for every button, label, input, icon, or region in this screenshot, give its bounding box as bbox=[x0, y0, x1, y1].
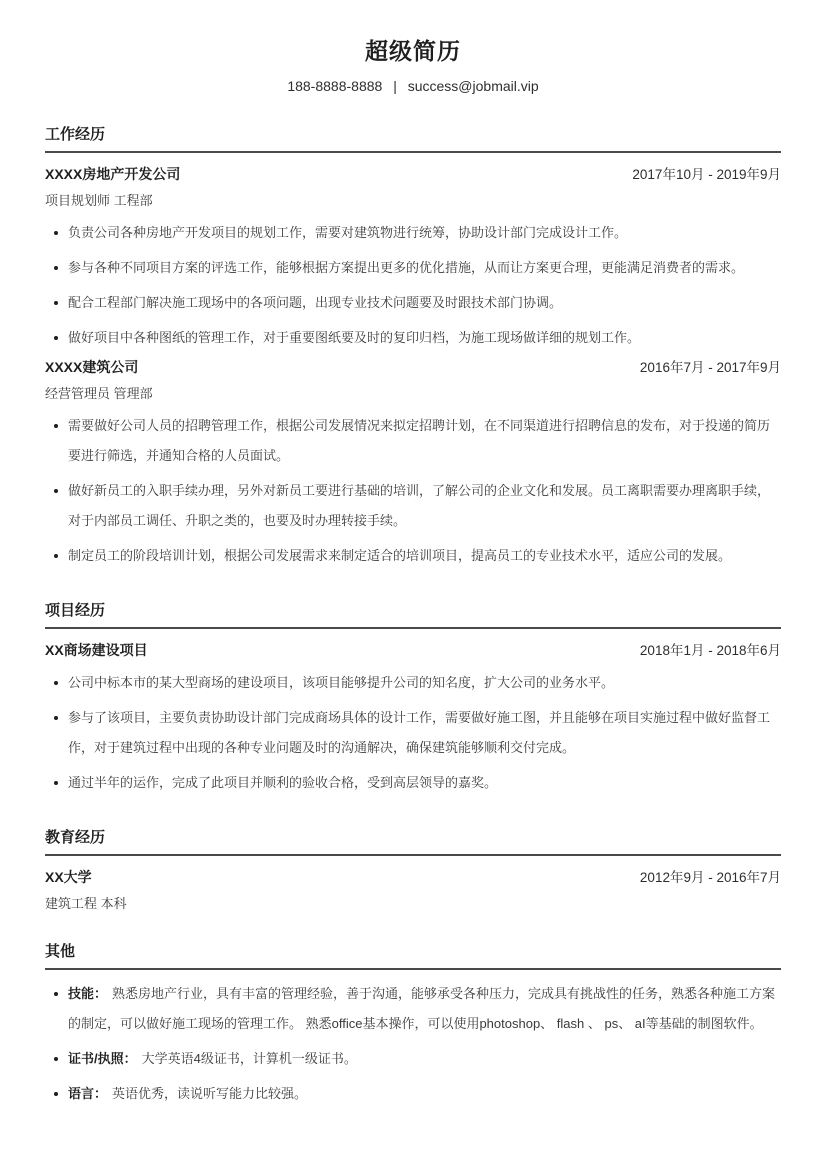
bullet-item: 配合工程部门解决施工现场中的各项问题，出现专业技术问题要及时跟技术部门协调。 bbox=[45, 288, 781, 318]
contact-line: 188-8888-8888 | success@jobmail.vip bbox=[45, 78, 781, 95]
school-name: XX大学 bbox=[45, 869, 92, 886]
section-project-experience: 项目经历 XX商场建设项目 2018年1月 - 2018年6月 公司中标本市的某… bbox=[45, 601, 781, 798]
other-item-certificates: 证书/执照：大学英语4级证书，计算机一级证书。 bbox=[45, 1044, 781, 1074]
other-list: 技能：熟悉房地产行业，具有丰富的管理经验，善于沟通，能够承受各种压力，完成具有挑… bbox=[45, 979, 781, 1109]
entry-date: 2018年1月 - 2018年6月 bbox=[640, 642, 781, 659]
other-item-skills: 技能：熟悉房地产行业，具有丰富的管理经验，善于沟通，能够承受各种压力，完成具有挑… bbox=[45, 979, 781, 1039]
bullet-item: 参与了该项目，主要负责协助设计部门完成商场具体的设计工作，需要做好施工图，并且能… bbox=[45, 703, 781, 763]
other-item-label: 语言： bbox=[68, 1086, 107, 1101]
entry-date: 2012年9月 - 2016年7月 bbox=[640, 869, 781, 886]
company-name: XXXX建筑公司 bbox=[45, 359, 138, 376]
entry-header: XXXX房地产开发公司 2017年10月 - 2019年9月 bbox=[45, 166, 781, 183]
resume-header: 超级简历 188-8888-8888 | success@jobmail.vip bbox=[45, 38, 781, 95]
company-name: XXXX房地产开发公司 bbox=[45, 166, 180, 183]
bullet-item: 参与各种不同项目方案的评选工作，能够根据方案提出更多的优化措施，从而让方案更合理… bbox=[45, 253, 781, 283]
section-heading-education: 教育经历 bbox=[45, 828, 781, 856]
bullet-item: 做好新员工的入职手续办理，另外对新员工要进行基础的培训，了解公司的企业文化和发展… bbox=[45, 476, 781, 536]
project-name: XX商场建设项目 bbox=[45, 642, 148, 659]
entry-header: XXXX建筑公司 2016年7月 - 2017年9月 bbox=[45, 359, 781, 376]
entry-subtitle: 项目规划师 工程部 bbox=[45, 193, 781, 209]
resume-title: 超级简历 bbox=[45, 38, 781, 65]
entry-header: XX商场建设项目 2018年1月 - 2018年6月 bbox=[45, 642, 781, 659]
work-entry: XXXX建筑公司 2016年7月 - 2017年9月 经营管理员 管理部 需要做… bbox=[45, 359, 781, 571]
bullet-item: 公司中标本市的某大型商场的建设项目，该项目能够提升公司的知名度，扩大公司的业务水… bbox=[45, 668, 781, 698]
other-item-text: 英语优秀，读说听写能力比较强。 bbox=[112, 1086, 307, 1101]
bullet-item: 做好项目中各种图纸的管理工作，对于重要图纸要及时的复印归档，为施工现场做详细的规… bbox=[45, 323, 781, 353]
section-heading-project: 项目经历 bbox=[45, 601, 781, 629]
other-item-languages: 语言：英语优秀，读说听写能力比较强。 bbox=[45, 1079, 781, 1109]
section-other: 其他 技能：熟悉房地产行业，具有丰富的管理经验，善于沟通，能够承受各种压力，完成… bbox=[45, 942, 781, 1109]
work-entry: XXXX房地产开发公司 2017年10月 - 2019年9月 项目规划师 工程部… bbox=[45, 166, 781, 353]
section-work-experience: 工作经历 XXXX房地产开发公司 2017年10月 - 2019年9月 项目规划… bbox=[45, 125, 781, 571]
bullet-list: 负责公司各种房地产开发项目的规划工作，需要对建筑物进行统筹，协助设计部门完成设计… bbox=[45, 218, 781, 353]
bullet-list: 公司中标本市的某大型商场的建设项目，该项目能够提升公司的知名度，扩大公司的业务水… bbox=[45, 668, 781, 798]
bullet-item: 通过半年的运作，完成了此项目并顺利的验收合格，受到高层领导的嘉奖。 bbox=[45, 768, 781, 798]
bullet-item: 负责公司各种房地产开发项目的规划工作，需要对建筑物进行统筹，协助设计部门完成设计… bbox=[45, 218, 781, 248]
other-item-text: 熟悉房地产行业，具有丰富的管理经验，善于沟通，能够承受各种压力，完成具有挑战性的… bbox=[68, 986, 775, 1031]
section-heading-other: 其他 bbox=[45, 942, 781, 970]
entry-subtitle: 经营管理员 管理部 bbox=[45, 386, 781, 402]
entry-header: XX大学 2012年9月 - 2016年7月 bbox=[45, 869, 781, 886]
contact-separator: | bbox=[393, 78, 397, 94]
bullet-list: 需要做好公司人员的招聘管理工作，根据公司发展情况来拟定招聘计划，在不同渠道进行招… bbox=[45, 411, 781, 571]
degree-subtitle: 建筑工程 本科 bbox=[45, 896, 781, 912]
phone-number: 188-8888-8888 bbox=[287, 78, 382, 94]
section-heading-work: 工作经历 bbox=[45, 125, 781, 153]
email-address: success@jobmail.vip bbox=[408, 78, 539, 94]
entry-date: 2016年7月 - 2017年9月 bbox=[640, 359, 781, 376]
bullet-item: 制定员工的阶段培训计划，根据公司发展需求来制定适合的培训项目，提高员工的专业技术… bbox=[45, 541, 781, 571]
other-item-label: 证书/执照： bbox=[68, 1051, 137, 1066]
entry-date: 2017年10月 - 2019年9月 bbox=[632, 166, 781, 183]
resume-page: 超级简历 188-8888-8888 | success@jobmail.vip… bbox=[0, 0, 826, 1169]
project-entry: XX商场建设项目 2018年1月 - 2018年6月 公司中标本市的某大型商场的… bbox=[45, 642, 781, 798]
bullet-item: 需要做好公司人员的招聘管理工作，根据公司发展情况来拟定招聘计划，在不同渠道进行招… bbox=[45, 411, 781, 471]
other-item-text: 大学英语4级证书，计算机一级证书。 bbox=[142, 1051, 357, 1066]
section-education: 教育经历 XX大学 2012年9月 - 2016年7月 建筑工程 本科 bbox=[45, 828, 781, 912]
other-item-label: 技能： bbox=[68, 986, 107, 1001]
education-entry: XX大学 2012年9月 - 2016年7月 建筑工程 本科 bbox=[45, 869, 781, 912]
